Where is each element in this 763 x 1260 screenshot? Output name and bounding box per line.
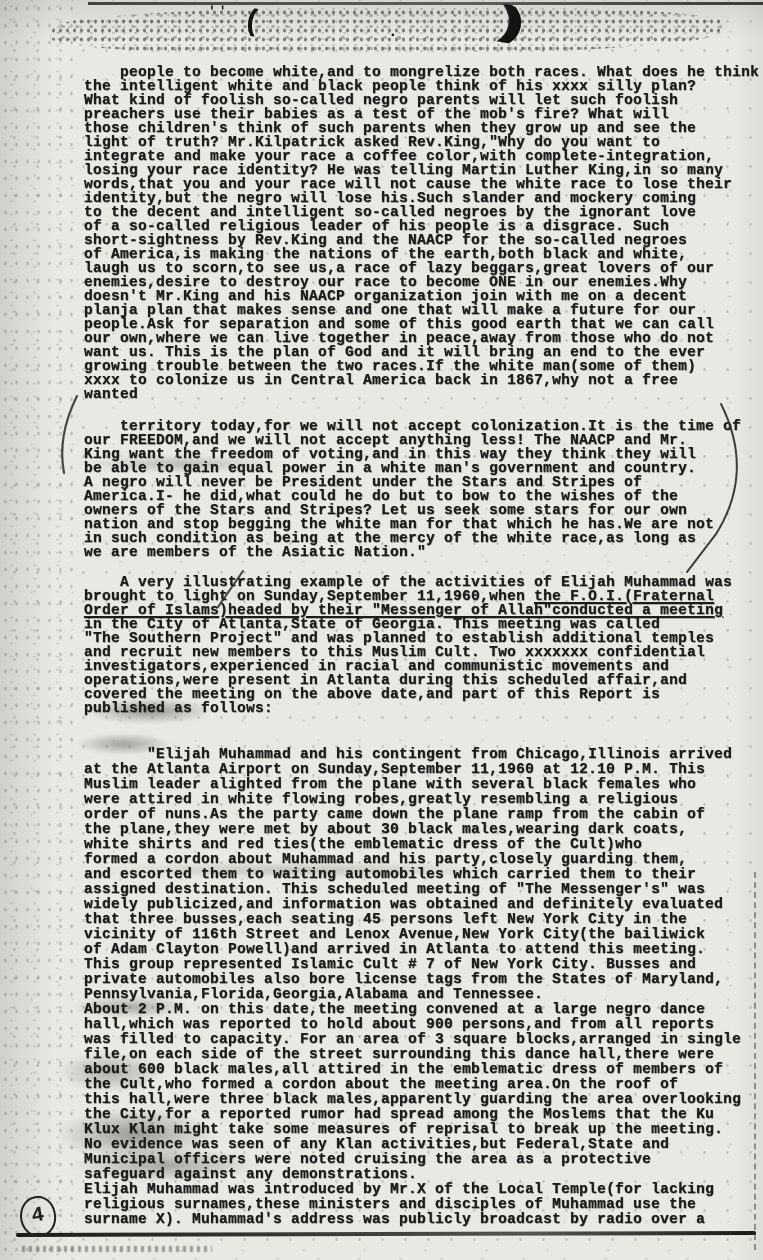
paragraph-text: in the City of Atlanta,State of Georgia.… bbox=[84, 617, 714, 717]
paragraph-text: people to become white,and to mongrelize… bbox=[84, 65, 759, 403]
paragraph-text: territory today,for we will not accept c… bbox=[84, 419, 741, 561]
scan-noise-glyph-close-paren: ) bbox=[488, 0, 531, 50]
body-paragraph-2-quote: territory today,for we will not accept c… bbox=[84, 406, 741, 574]
scan-noise-glyph-ticks: '' bbox=[208, 4, 230, 19]
body-paragraph-3: A very illustrating example of the activ… bbox=[84, 562, 732, 730]
paragraph-text: "Elijah Muhammad and his contingent from… bbox=[84, 747, 741, 1228]
scan-top-edge-line bbox=[88, 2, 763, 5]
scanned-document-page: ( ) · '' people to become white,and to m… bbox=[0, 0, 763, 1260]
scan-left-margin-grain bbox=[0, 0, 74, 1260]
scan-noise-band bbox=[50, 8, 722, 54]
handwritten-left-paren bbox=[62, 396, 77, 473]
scan-noise-glyph-open-paren: ( bbox=[241, 5, 264, 41]
scan-bottom-smudge bbox=[22, 1246, 212, 1252]
scan-right-edge-dashes bbox=[754, 872, 756, 1250]
body-paragraph-1: people to become white,and to mongrelize… bbox=[84, 52, 759, 416]
page-number: 4 bbox=[30, 1204, 46, 1229]
scan-noise-glyph-dot: · bbox=[388, 26, 398, 44]
body-paragraph-4-report: "Elijah Muhammad and his contingent from… bbox=[84, 733, 741, 1243]
